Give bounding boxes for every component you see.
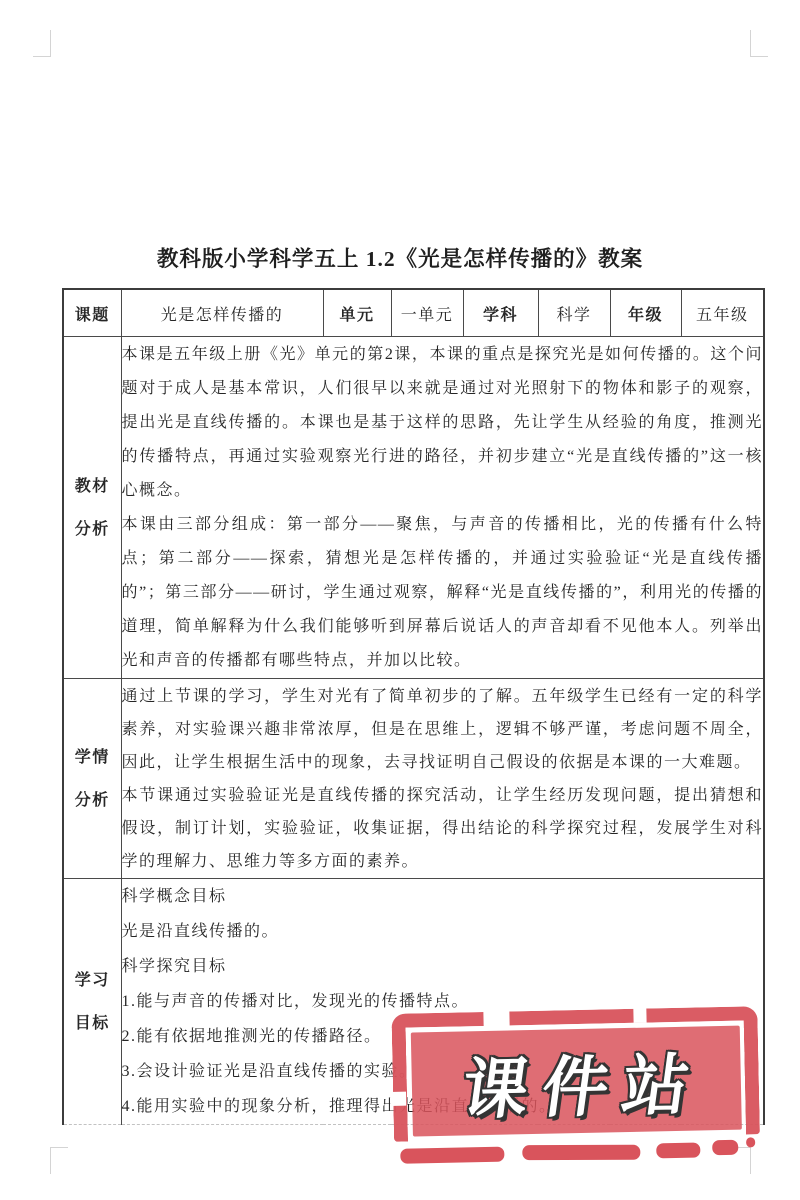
material-analysis-paragraph-1: 本课是五年级上册《光》单元的第2课，本课的重点是探究光是如何传播的。这个问题对于… <box>122 338 764 508</box>
topic-label-cell: 课题 <box>63 289 121 337</box>
info-row: 课题 光是怎样传播的 单元 一单元 学科 科学 年级 五年级 <box>63 289 764 337</box>
goal-line: 3.会设计验证光是沿直线传播的实验。 <box>122 1054 764 1089</box>
goal-line: 科学概念目标 <box>122 879 764 914</box>
material-analysis-label-line1: 教材 <box>64 465 121 508</box>
goal-line: 4.能用实验中的现象分析，推理得出光是沿直线传播的。 <box>122 1089 764 1124</box>
margin-mark-bottom-right-h <box>733 1147 751 1148</box>
learning-goals-label-line1: 学习 <box>64 959 121 1002</box>
unit-value-cell: 一单元 <box>391 289 463 337</box>
document-page: 教科版小学科学五上 1.2《光是怎样传播的》教案 课题 光是怎样传播的 单元 一… <box>0 0 800 1200</box>
goal-line: 1.能与声音的传播对比，发现光的传播特点。 <box>122 984 764 1019</box>
learning-goals-label-line2: 目标 <box>64 1002 121 1045</box>
learner-analysis-label-line1: 学情 <box>64 736 121 779</box>
goal-line: 科学探究目标 <box>122 949 764 984</box>
stamp-bottom-dash <box>400 1147 504 1164</box>
learner-analysis-paragraph-1: 通过上节课的学习，学生对光有了简单初步的了解。五年级学生已经有一定的科学素养，对… <box>122 680 764 779</box>
lesson-plan-table: 课题 光是怎样传播的 单元 一单元 学科 科学 年级 五年级 教材 分析 本课是… <box>62 288 765 1125</box>
goal-line: 2.能有依据地推测光的传播路径。 <box>122 1019 764 1054</box>
grade-value-cell: 五年级 <box>681 289 764 337</box>
learner-analysis-label: 学情 分析 <box>63 679 121 879</box>
learner-analysis-row: 学情 分析 通过上节课的学习，学生对光有了简单初步的了解。五年级学生已经有一定的… <box>63 679 764 879</box>
margin-mark-top-left-v <box>50 30 51 57</box>
margin-mark-top-left-h <box>33 56 51 57</box>
document-title: 教科版小学科学五上 1.2《光是怎样传播的》教案 <box>0 242 800 273</box>
goal-line: 光是沿直线传播的。 <box>122 914 764 949</box>
margin-mark-top-right-v <box>750 30 751 57</box>
learning-goals-content: 科学概念目标 光是沿直线传播的。 科学探究目标 1.能与声音的传播对比，发现光的… <box>121 879 764 1125</box>
learner-analysis-content: 通过上节课的学习，学生对光有了简单初步的了解。五年级学生已经有一定的科学素养，对… <box>121 679 764 879</box>
margin-mark-top-right-h <box>750 56 768 57</box>
subject-value-cell: 科学 <box>538 289 610 337</box>
grade-label-cell: 年级 <box>610 289 681 337</box>
unit-label-cell: 单元 <box>323 289 391 337</box>
material-analysis-content: 本课是五年级上册《光》单元的第2课，本课的重点是探究光是如何传播的。这个问题对于… <box>121 337 764 679</box>
learner-analysis-label-line2: 分析 <box>64 779 121 822</box>
learning-goals-row: 学习 目标 科学概念目标 光是沿直线传播的。 科学探究目标 1.能与声音的传播对… <box>63 879 764 1125</box>
subject-label-cell: 学科 <box>463 289 538 337</box>
stamp-bottom-dash <box>656 1142 700 1158</box>
margin-mark-bottom-right-v <box>750 1147 751 1174</box>
learner-analysis-paragraph-2: 本节课通过实验验证光是直线传播的探究活动，让学生经历发现问题，提出猜想和假设，制… <box>122 779 764 878</box>
margin-mark-bottom-left-h <box>50 1147 68 1148</box>
stamp-bottom-dash <box>522 1145 640 1160</box>
margin-mark-bottom-left-v <box>50 1147 51 1174</box>
material-analysis-label: 教材 分析 <box>63 337 121 679</box>
material-analysis-row: 教材 分析 本课是五年级上册《光》单元的第2课，本课的重点是探究光是如何传播的。… <box>63 337 764 679</box>
material-analysis-label-line2: 分析 <box>64 508 121 551</box>
stamp-bottom-dash <box>746 1137 755 1147</box>
topic-value-cell: 光是怎样传播的 <box>121 289 323 337</box>
learning-goals-label: 学习 目标 <box>63 879 121 1125</box>
material-analysis-paragraph-2: 本课由三部分组成：第一部分——聚焦，与声音的传播相比，光的传播有什么特点；第二部… <box>122 508 764 678</box>
